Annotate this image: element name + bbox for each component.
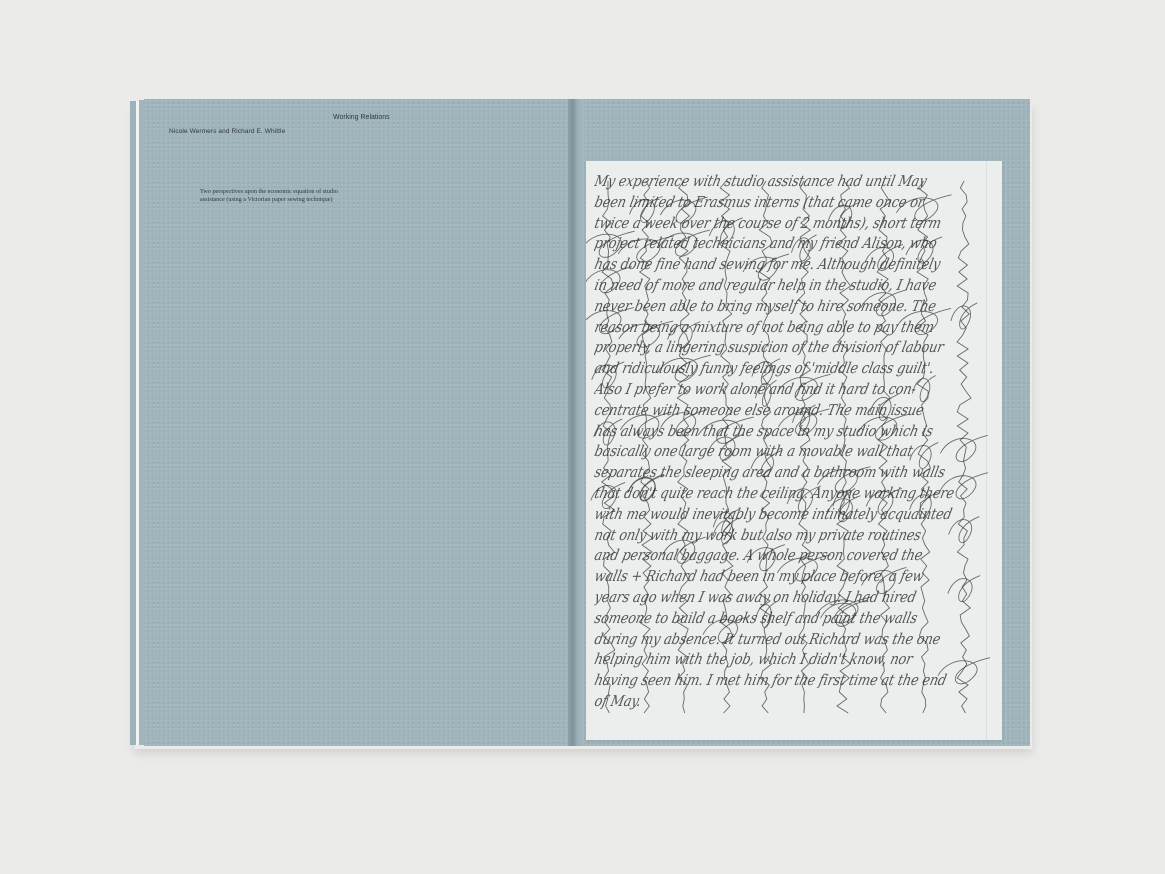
- magazine-spread: Working Relations Nicole Wermers and Ric…: [0, 0, 1165, 874]
- sewing-stitches-overlay: [586, 161, 1002, 740]
- book-gutter: [568, 99, 584, 746]
- subtitle-line-2: assistance (using a Victorian paper sewi…: [200, 196, 400, 204]
- author-line: Nicole Wermers and Richard E. Whittle: [169, 128, 285, 135]
- subtitle-line-1: Two perspectives upon the economic equat…: [200, 188, 400, 196]
- article-subtitle: Two perspectives upon the economic equat…: [200, 188, 400, 204]
- running-title: Working Relations: [333, 114, 390, 121]
